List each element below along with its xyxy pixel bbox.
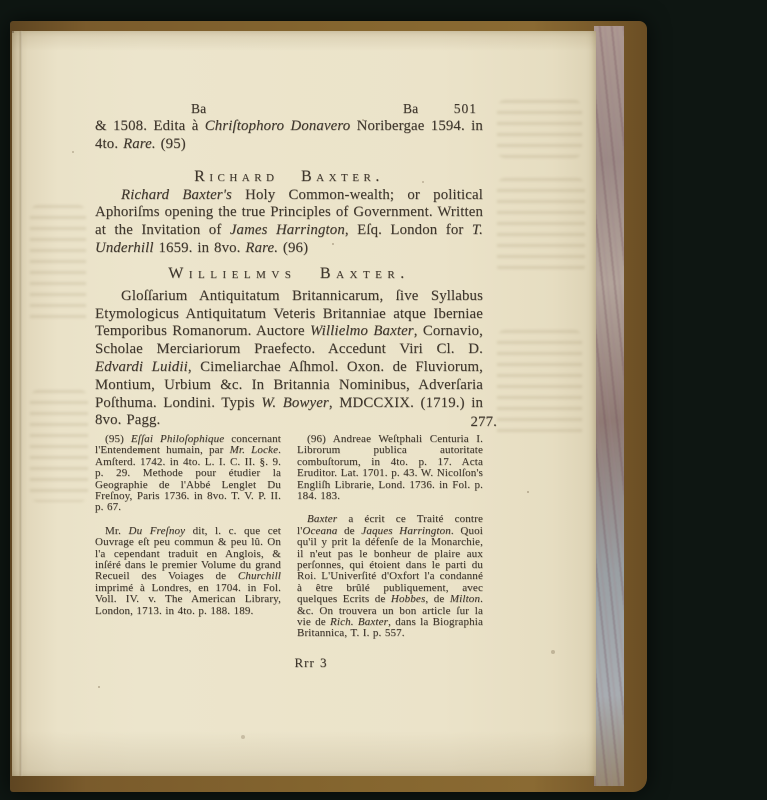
footnote-96-commentary: Baxter a écrit ce Traité contre l'Oceana…: [297, 514, 483, 639]
show-through-text-patch: [30, 390, 88, 502]
entry-heading-richard-baxter: Richard Baxter.: [95, 167, 483, 187]
show-through-text-patch: [497, 330, 582, 440]
show-through-text-patch: [497, 100, 582, 158]
running-head: Ba Ba 501: [95, 100, 483, 116]
footnotes-section: (95) Eſſai Philoſophique concernant l'En…: [95, 434, 483, 640]
show-through-text-patch: [30, 205, 86, 325]
footnote-95-commentary: Mr. Du Freſnoy dit, l. c. que cet Ouvrag…: [95, 526, 281, 617]
photograph-background: Ba Ba 501 & 1508. Edita à Chriſtophoro D…: [0, 0, 767, 800]
page-text-block: Ba Ba 501 & 1508. Edita à Chriſtophoro D…: [95, 100, 483, 672]
running-head-left: Ba: [191, 100, 206, 118]
entry-body-richard-baxter: Richard Baxter's Holy Common-wealth; or …: [95, 187, 483, 258]
running-head-center: Ba: [403, 100, 418, 118]
signature-mark: Rrr 3: [117, 654, 505, 672]
marbled-page-edges: [594, 26, 624, 786]
show-through-text-patch: [497, 178, 585, 274]
gutter-crease: [19, 31, 22, 776]
entry-body-willielmus-baxter: Gloſſarium Antiquitatum Britannicarum, ſ…: [95, 288, 483, 430]
foxing-specks: [12, 31, 14, 33]
footnote-column-left: (95) Eſſai Philoſophique concernant l'En…: [95, 434, 281, 640]
footnote-96: (96) Andreae Weſtphali Centuria I. Libro…: [297, 434, 483, 502]
page-number: 501: [454, 100, 477, 118]
footnote-column-right: (96) Andreae Weſtphali Centuria I. Libro…: [297, 434, 483, 640]
footnote-95: (95) Eſſai Philoſophique concernant l'En…: [95, 434, 281, 514]
entry-continuation-text: & 1508. Edita à Chriſtophoro Donavero No…: [95, 118, 483, 154]
entry-heading-willielmus-baxter: Willielmvs Baxter.: [95, 264, 483, 284]
